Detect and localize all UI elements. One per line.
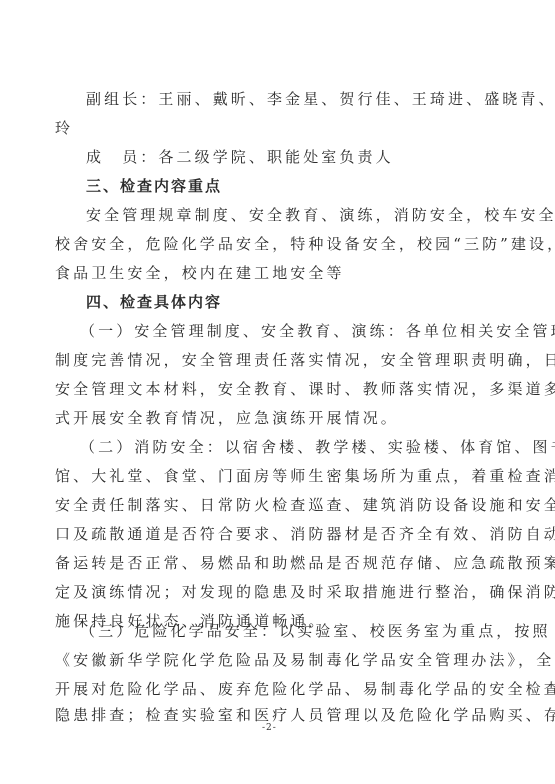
section-3-paragraph: 校舍安全，危险化学品安全，特种设备安全，校园“三防”建设， xyxy=(55,233,487,255)
section-3-heading: 三、检查内容重点 xyxy=(86,175,488,197)
item-2-paragraph: 口及疏散通道是否符合要求、消防器材是否齐全有效、消防自动设 xyxy=(55,523,487,545)
deputy-leaders-continuation: 玲 xyxy=(55,117,487,139)
section-3-paragraph: 食品卫生安全，校内在建工地安全等 xyxy=(55,262,487,284)
item-3-paragraph: （三）危险化学品安全：以实验室、校医务室为重点，按照 xyxy=(80,620,482,642)
item-1-paragraph: 安全管理文本材料，安全教育、课时、教师落实情况，多渠道多形 xyxy=(55,378,487,400)
item-3-paragraph: 开展对危险化学品、废弃危险化学品、易制毒化学品的安全检查和 xyxy=(55,678,487,700)
item-1-paragraph: 制度完善情况，安全管理责任落实情况，安全管理职责明确，日常 xyxy=(55,349,487,371)
item-2-paragraph: 安全责任制落实、日常防火检查巡查、建筑消防设备设施和安全出 xyxy=(55,494,487,516)
document-page: 副组长：王丽、戴昕、李金星、贺行佳、王琦进、盛晓青、邵 玲 成 员：各二级学院、… xyxy=(0,0,555,784)
deputy-leaders-line: 副组长：王丽、戴昕、李金星、贺行佳、王琦进、盛晓青、邵 xyxy=(86,88,488,110)
section-3-paragraph: 安全管理规章制度、安全教育、演练，消防安全，校车安全， xyxy=(86,204,488,226)
item-2-paragraph: 备运转是否正常、易燃品和助燃品是否规范存储、应急疏散预案制 xyxy=(55,552,487,574)
item-1-paragraph: （一）安全管理制度、安全教育、演练：各单位相关安全管理 xyxy=(80,320,482,342)
item-2-paragraph: 定及演练情况；对发现的隐患及时采取措施进行整治，确保消防设 xyxy=(55,581,487,603)
item-3-paragraph: 《安徽新华学院化学危险品及易制毒化学品安全管理办法》，全面 xyxy=(55,649,487,671)
item-1-paragraph: 式开展安全教育情况，应急演练开展情况。 xyxy=(55,407,487,429)
members-line: 成 员：各二级学院、职能处室负责人 xyxy=(86,146,488,168)
page-number: -2- xyxy=(262,723,277,733)
section-4-heading: 四、检查具体内容 xyxy=(86,291,488,313)
item-2-paragraph: （二）消防安全：以宿舍楼、教学楼、实验楼、体育馆、图书 xyxy=(80,436,482,458)
item-2-paragraph: 馆、大礼堂、食堂、门面房等师生密集场所为重点，着重检查消防 xyxy=(55,465,487,487)
